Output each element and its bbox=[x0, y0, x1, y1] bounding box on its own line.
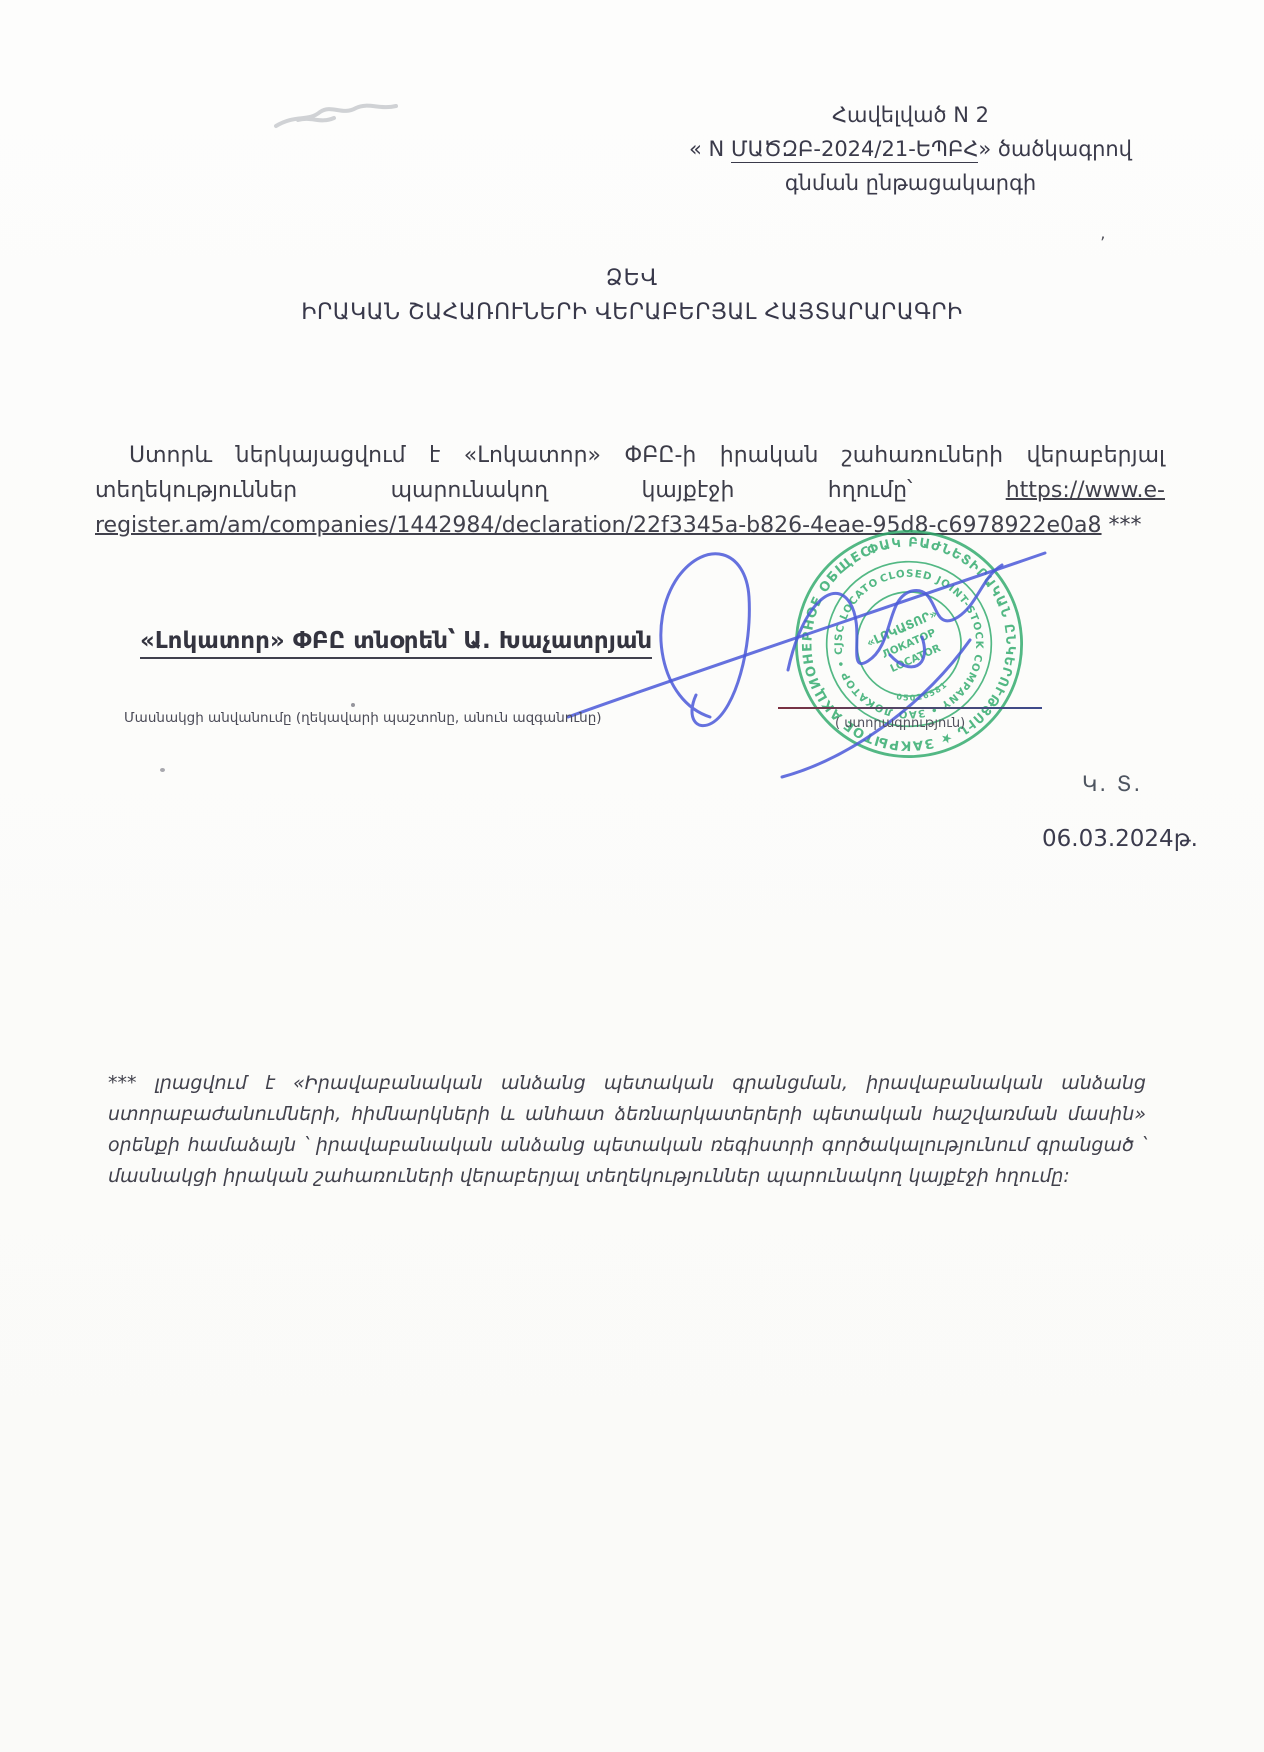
form-label: ՁԵՎ bbox=[0, 266, 1264, 291]
scan-dot-artifact bbox=[160, 768, 165, 772]
footnote-text: *** լրացվում է «Իրավաբանական անձանց պետա… bbox=[108, 1068, 1146, 1192]
signature-stroke bbox=[661, 554, 750, 726]
scan-smudge-artifact bbox=[268, 96, 408, 136]
scan-tick-artifact: ’ bbox=[1100, 234, 1105, 254]
annex-header: Հավելված N 2 « N ՄԱԾԶԲ-2024/21-ԵՊԲՀ» ծած… bbox=[689, 98, 1132, 200]
signature-stroke bbox=[890, 637, 924, 667]
procedure-code-line: « N ՄԱԾԶԲ-2024/21-ԵՊԲՀ» ծածկագրով bbox=[689, 132, 1132, 166]
signature-line bbox=[778, 707, 1042, 709]
document-title: ԻՐԱԿԱՆ ՇԱՀԱՌՈՒՆԵՐԻ ՎԵՐԱԲԵՐՅԱԼ ՀԱՅՏԱՐԱՐԱԳ… bbox=[0, 300, 1264, 325]
document-date: 06.03.2024թ. bbox=[1042, 826, 1198, 852]
footnote-marker: *** bbox=[1102, 513, 1142, 538]
signature-stroke bbox=[788, 565, 1002, 670]
annex-number: Հավելված N 2 bbox=[689, 98, 1132, 132]
signature-caption: ( ստորագրություն) bbox=[835, 716, 965, 731]
smudge-stroke bbox=[298, 118, 334, 120]
smudge-stroke bbox=[276, 106, 396, 126]
document-page: ’ Հավելված N 2 « N ՄԱԾԶԲ-2024/21-ԵՊԲՀ» ծ… bbox=[0, 0, 1264, 1752]
code-suffix: » ծածկագրով bbox=[978, 137, 1132, 161]
signer-name-line: «Լոկատոր» ՓԲԸ տնօրեն՝ Ա. Խաչատրյան bbox=[140, 628, 652, 659]
code-prefix: « N bbox=[689, 137, 731, 161]
scan-dot-artifact bbox=[351, 703, 355, 707]
procedure-code: ՄԱԾԶԲ-2024/21-ԵՊԲՀ bbox=[731, 137, 978, 163]
signer-caption: Մասնակցի անվանումը (ղեկավարի պաշտոնը, ան… bbox=[124, 710, 602, 726]
paragraph-text: Ստորև ներկայացվում է «Լոկատոր» ՓԲԸ-ի իրա… bbox=[95, 443, 1165, 503]
procurement-procedure-label: գնման ընթացակարգի bbox=[689, 166, 1132, 200]
seal-here-initials: Կ. Տ. bbox=[1082, 772, 1142, 796]
